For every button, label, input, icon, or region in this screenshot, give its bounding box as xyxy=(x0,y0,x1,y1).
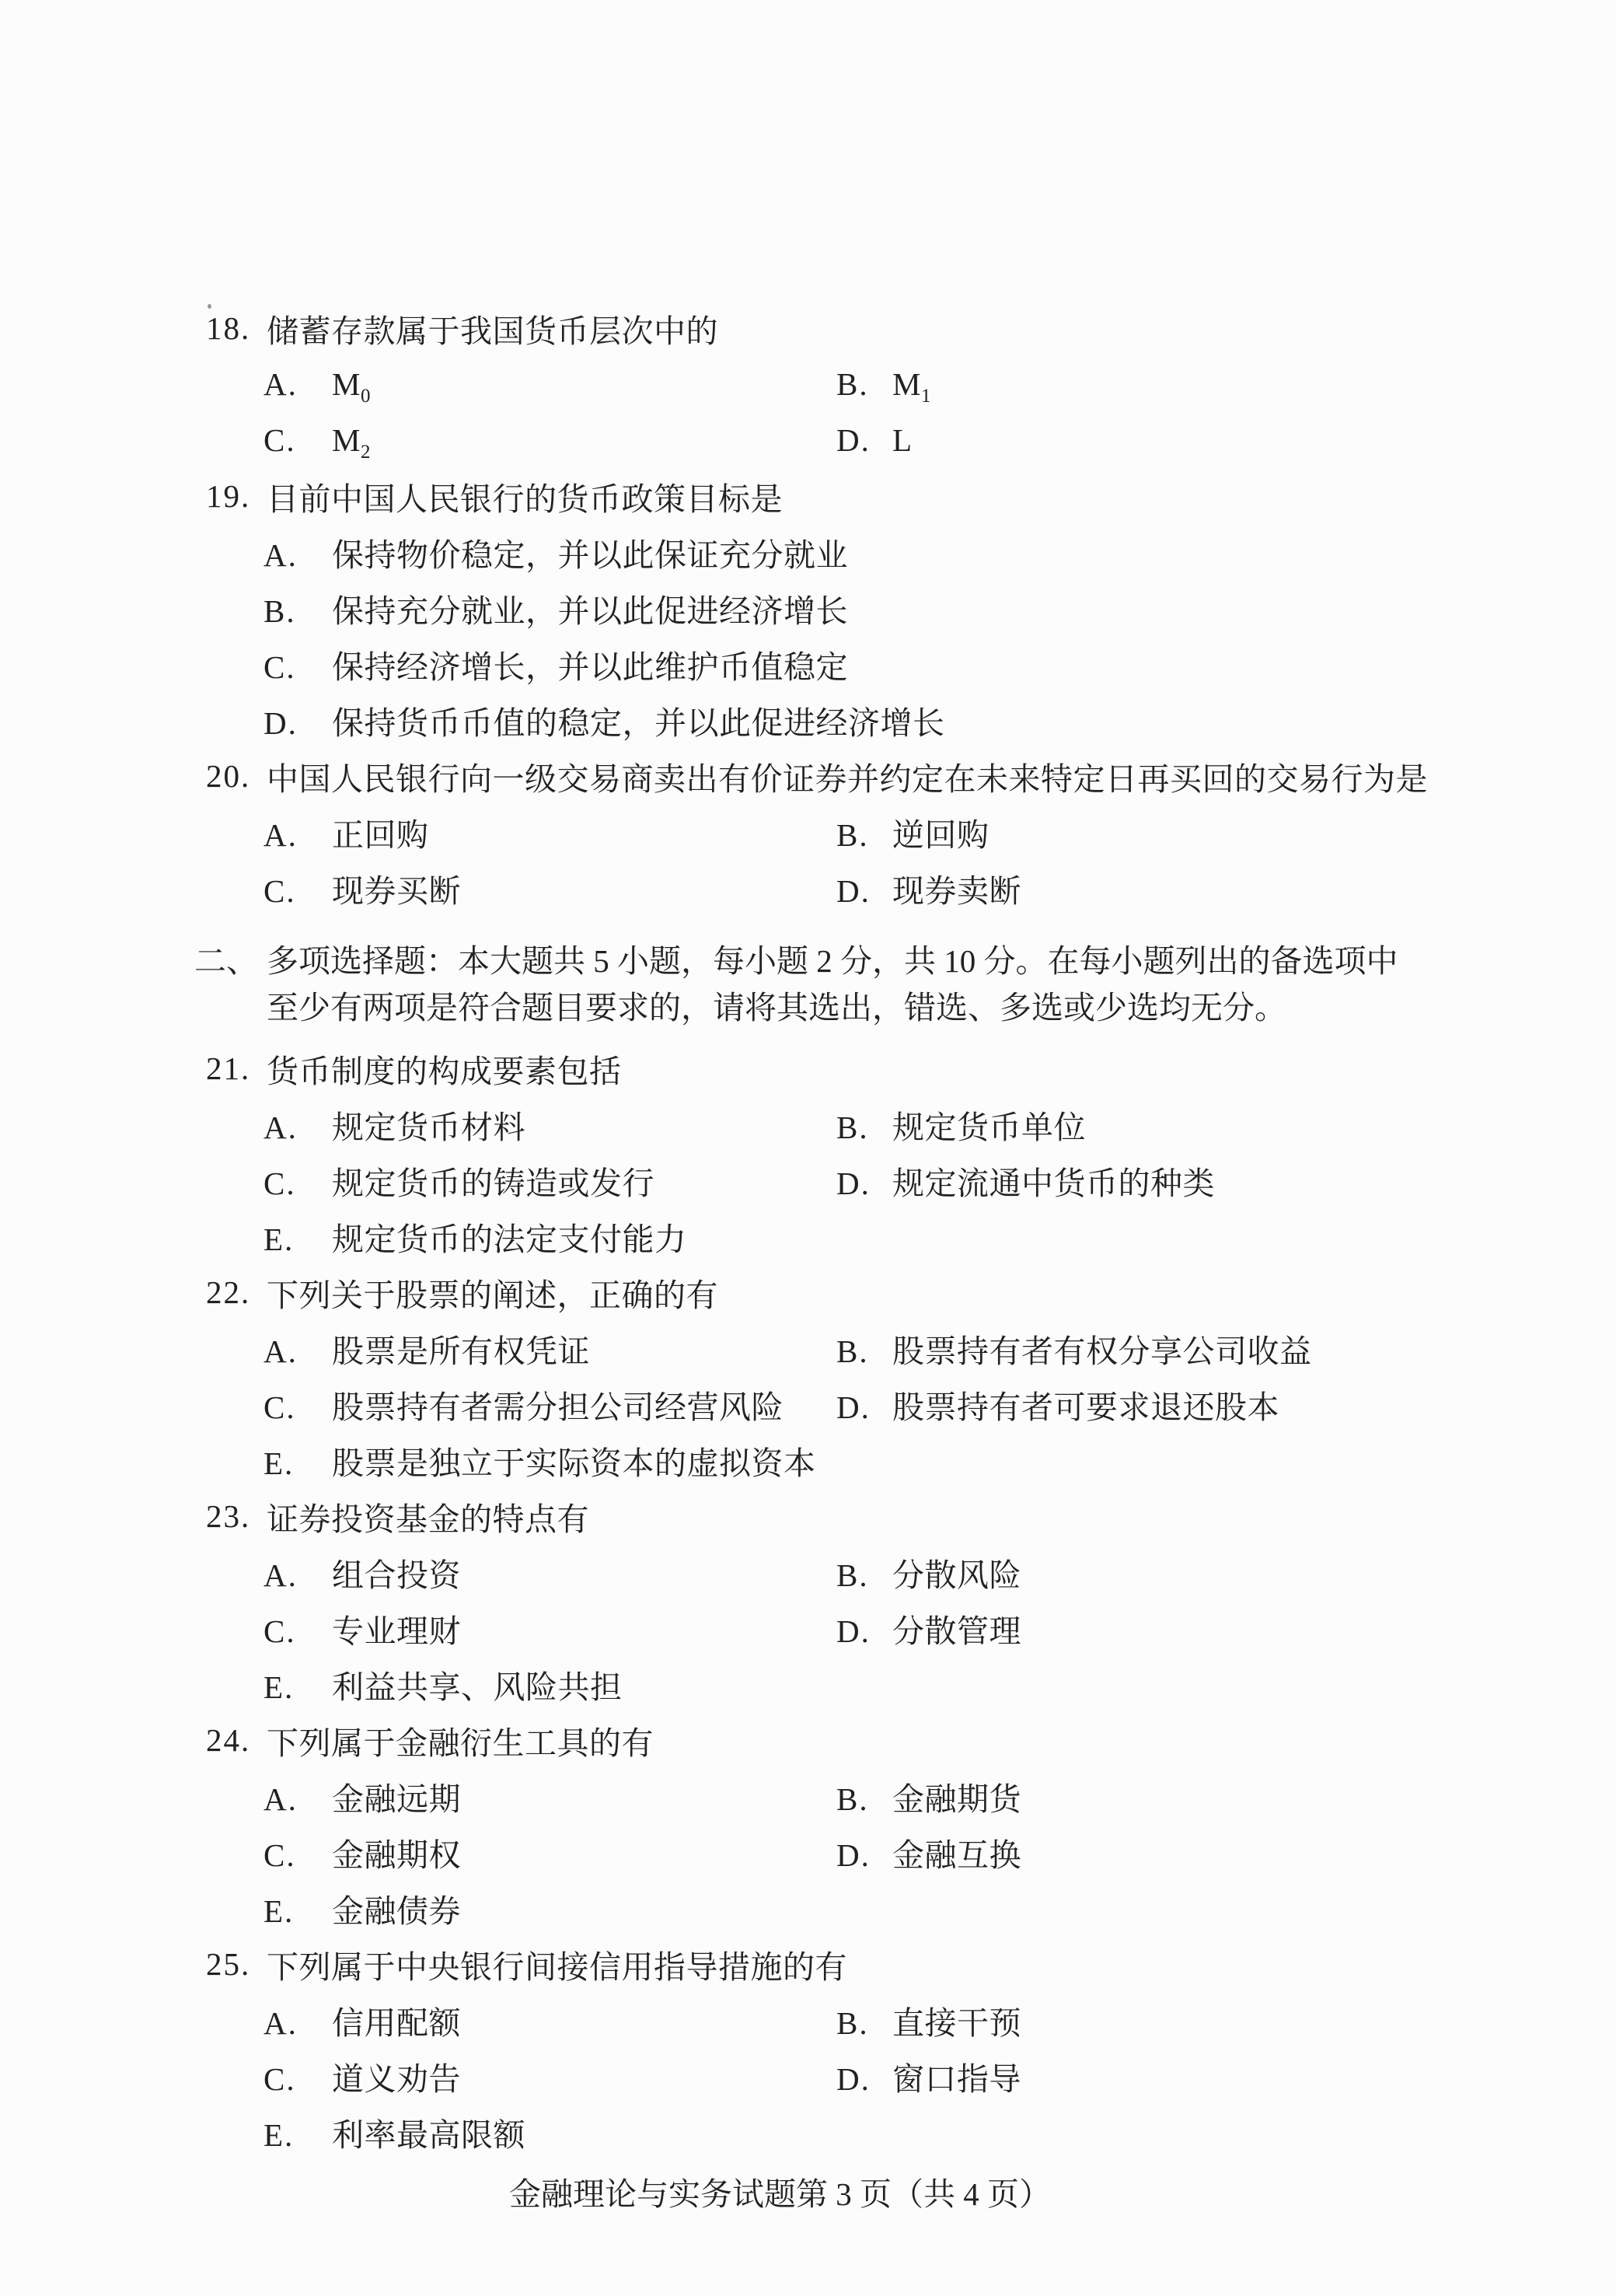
question-title: 下列属于中央银行间接信用指导措施的有 xyxy=(267,1941,847,1987)
option-e: E.规定货币的法定支付能力 xyxy=(264,1214,687,1260)
option-letter: B. xyxy=(836,1781,892,1818)
option-row: C.规定货币的铸造或发行 D.规定流通中货币的种类 xyxy=(0,1152,1616,1208)
option-letter: D. xyxy=(836,872,892,910)
option-letter: D. xyxy=(836,421,892,459)
option-text: 利益共享、风险共担 xyxy=(332,1669,623,1705)
question-title: 储蓄存款属于我国货币层次中的 xyxy=(267,306,718,351)
option-letter: A. xyxy=(264,1781,332,1818)
question-title-line: 18.储蓄存款属于我国货币层次中的 xyxy=(0,300,1616,356)
option-row: A.股票是所有权凭证 B.股票持有者有权分享公司收益 xyxy=(0,1320,1616,1376)
option-text: 直接干预 xyxy=(892,2005,1021,2041)
question-number: 24. xyxy=(206,1721,267,1759)
option-letter: E. xyxy=(264,1221,332,1258)
option-letter: C. xyxy=(264,2060,332,2098)
option-d: D.L xyxy=(836,421,913,459)
question-title-line: 22.下列关于股票的阐述，正确的有 xyxy=(0,1264,1616,1320)
option-a: A.正回购 xyxy=(264,809,836,855)
option-e: E.利益共享、风险共担 xyxy=(264,1662,623,1707)
section-marker: 二、 xyxy=(194,938,267,984)
option-b: B.分散风险 xyxy=(836,1550,1021,1595)
option-text: 股票是所有权凭证 xyxy=(332,1333,590,1369)
question-number: 23. xyxy=(206,1497,267,1535)
option-b: B.金融期货 xyxy=(836,1774,1021,1819)
option-letter: E. xyxy=(264,1445,332,1482)
question-title: 中国人民银行向一级交易商卖出有价证券并约定在未来特定日再买回的交易行为是 xyxy=(267,753,1428,799)
option-text: 现券买断 xyxy=(332,873,461,909)
question-title: 下列属于金融衍生工具的有 xyxy=(267,1718,654,1763)
option-row: A.保持物价稳定，并以此保证充分就业 xyxy=(0,524,1616,580)
option-row: A.规定货币材料 B.规定货币单位 xyxy=(0,1096,1616,1152)
option-letter: C. xyxy=(264,421,332,459)
option-text: 金融互换 xyxy=(892,1837,1021,1873)
question-21: 21.货币制度的构成要素包括 A.规定货币材料 B.规定货币单位 C.规定货币的… xyxy=(0,1040,1616,1264)
option-letter: C. xyxy=(264,648,332,686)
option-text: 正回购 xyxy=(332,817,429,853)
question-title: 下列关于股票的阐述，正确的有 xyxy=(267,1270,718,1316)
option-text: 规定货币材料 xyxy=(332,1110,525,1145)
option-text: 逆回购 xyxy=(892,817,989,853)
question-number: 20. xyxy=(206,757,267,795)
option-row: A.信用配额 B.直接干预 xyxy=(0,1992,1616,2048)
option-d: D.保持货币币值的稳定，并以此促进经济增长 xyxy=(264,697,945,743)
question-title-line: 21.货币制度的构成要素包括 xyxy=(0,1040,1616,1096)
option-text: 专业理财 xyxy=(332,1613,461,1649)
option-letter: A. xyxy=(264,536,332,574)
question-title-line: 24.下列属于金融衍生工具的有 xyxy=(0,1712,1616,1768)
option-letter: A. xyxy=(264,816,332,854)
option-c: C.股票持有者需分担公司经营风险 xyxy=(264,1382,836,1428)
option-text: 金融期权 xyxy=(332,1837,461,1873)
option-row: C.保持经济增长，并以此维护币值稳定 xyxy=(0,636,1616,692)
question-20: 20.中国人民银行向一级交易商卖出有价证券并约定在未来特定日再买回的交易行为是 … xyxy=(0,748,1616,916)
option-letter: B. xyxy=(836,1557,892,1594)
option-a: A.信用配额 xyxy=(264,1997,836,2043)
option-c: C.保持经济增长，并以此维护币值稳定 xyxy=(264,641,848,687)
question-title-line: 19.目前中国人民银行的货币政策目标是 xyxy=(0,468,1616,524)
scan-artifact xyxy=(208,304,211,309)
subscript: 1 xyxy=(921,386,931,407)
option-b: B.股票持有者有权分享公司收益 xyxy=(836,1326,1312,1372)
option-letter: C. xyxy=(264,1389,332,1426)
option-letter: E. xyxy=(264,2116,332,2154)
option-d: D.现券卖断 xyxy=(836,865,1021,911)
section-header-line-1: 二、多项选择题：本大题共 5 小题，每小题 2 分，共 10 分。在每小题列出的… xyxy=(0,938,1616,984)
option-a: A.M0 xyxy=(264,365,836,403)
option-text: 组合投资 xyxy=(332,1557,461,1593)
option-letter: A. xyxy=(264,1333,332,1370)
option-text: 股票是独立于实际资本的虚拟资本 xyxy=(332,1445,816,1481)
option-letter: B. xyxy=(836,2004,892,2042)
option-c: C.M2 xyxy=(264,421,836,459)
option-row: D.保持货币币值的稳定，并以此促进经济增长 xyxy=(0,692,1616,748)
option-text: 股票持有者有权分享公司收益 xyxy=(892,1333,1312,1369)
option-text: 金融债券 xyxy=(332,1893,461,1929)
option-letter: D. xyxy=(836,1836,892,1874)
option-c: C.规定货币的铸造或发行 xyxy=(264,1158,836,1204)
option-text: 分散风险 xyxy=(892,1557,1021,1593)
option-a: A.规定货币材料 xyxy=(264,1102,836,1148)
option-row: A.正回购 B.逆回购 xyxy=(0,804,1616,860)
question-title: 目前中国人民银行的货币政策目标是 xyxy=(267,474,783,519)
option-text: 股票持有者需分担公司经营风险 xyxy=(332,1389,784,1425)
option-text: 利率最高限额 xyxy=(332,2117,525,2153)
option-a: A.组合投资 xyxy=(264,1550,836,1595)
option-text: M0 xyxy=(332,366,371,402)
section-header-line-2: 至少有两项是符合题目要求的，请将其选出，错选、多选或少选均无分。 xyxy=(0,984,1616,1031)
question-number: 22. xyxy=(206,1274,267,1311)
exam-content: 18.储蓄存款属于我国货币层次中的 A.M0 B.M1 C.M2 D.L xyxy=(0,0,1616,2217)
option-row: C.M2 D.L xyxy=(0,412,1616,468)
option-row: B.保持充分就业，并以此促进经济增长 xyxy=(0,580,1616,636)
question-title: 货币制度的构成要素包括 xyxy=(267,1046,622,1092)
option-c: C.道义劝告 xyxy=(264,2053,836,2099)
option-row: C.金融期权 D.金融互换 xyxy=(0,1824,1616,1880)
option-row: E.金融债券 xyxy=(0,1880,1616,1936)
option-row: C.股票持有者需分担公司经营风险 D.股票持有者可要求退还股本 xyxy=(0,1376,1616,1432)
option-row: A.金融远期 B.金融期货 xyxy=(0,1768,1616,1824)
option-text: M2 xyxy=(332,422,371,458)
question-number: 25. xyxy=(206,1945,267,1983)
option-letter: D. xyxy=(836,1389,892,1426)
question-title: 证券投资基金的特点有 xyxy=(267,1494,589,1539)
option-row: A.M0 B.M1 xyxy=(0,356,1616,412)
question-title-line: 20.中国人民银行向一级交易商卖出有价证券并约定在未来特定日再买回的交易行为是 xyxy=(0,748,1616,804)
subscript: 0 xyxy=(361,386,371,407)
option-letter: C. xyxy=(264,1613,332,1650)
option-row: E.利率最高限额 xyxy=(0,2104,1616,2160)
page-footer: 金融理论与实务试题第 3 页（共 4 页） xyxy=(0,2171,1616,2217)
option-letter: A. xyxy=(264,2004,332,2042)
option-text: M1 xyxy=(892,366,931,402)
option-a: A.股票是所有权凭证 xyxy=(264,1326,836,1372)
option-text: 保持货币币值的稳定，并以此促进经济增长 xyxy=(332,705,945,741)
question-title-line: 25.下列属于中央银行间接信用指导措施的有 xyxy=(0,1936,1616,1992)
option-text: 道义劝告 xyxy=(332,2061,461,2097)
option-letter: B. xyxy=(264,592,332,630)
option-text: 分散管理 xyxy=(892,1613,1021,1649)
option-letter: A. xyxy=(264,365,332,403)
option-letter: A. xyxy=(264,1109,332,1146)
option-letter: D. xyxy=(836,1165,892,1202)
option-letter: E. xyxy=(264,1892,332,1930)
option-a: A.金融远期 xyxy=(264,1774,836,1819)
option-row: E.股票是独立于实际资本的虚拟资本 xyxy=(0,1432,1616,1488)
option-b: B.M1 xyxy=(836,365,931,403)
option-d: D.金融互换 xyxy=(836,1829,1021,1875)
option-b: B.逆回购 xyxy=(836,809,989,855)
option-e: E.利率最高限额 xyxy=(264,2109,525,2155)
question-19: 19.目前中国人民银行的货币政策目标是 A.保持物价稳定，并以此保证充分就业 B… xyxy=(0,468,1616,748)
option-d: D.窗口指导 xyxy=(836,2053,1021,2099)
option-row: C.道义劝告 D.窗口指导 xyxy=(0,2048,1616,2104)
option-e: E.股票是独立于实际资本的虚拟资本 xyxy=(264,1438,816,1483)
option-letter: C. xyxy=(264,1165,332,1202)
option-text: 规定流通中货币的种类 xyxy=(892,1165,1215,1201)
option-letter: B. xyxy=(836,816,892,854)
option-text: 金融远期 xyxy=(332,1781,461,1817)
option-row: C.专业理财 D.分散管理 xyxy=(0,1600,1616,1656)
question-18: 18.储蓄存款属于我国货币层次中的 A.M0 B.M1 C.M2 D.L xyxy=(0,300,1616,468)
question-number: 21. xyxy=(206,1050,267,1087)
option-text: 规定货币的铸造或发行 xyxy=(332,1165,654,1201)
option-letter: D. xyxy=(836,2060,892,2098)
section-header-text: 多项选择题：本大题共 5 小题，每小题 2 分，共 10 分。在每小题列出的备选… xyxy=(267,938,1398,984)
option-row: C.现券买断 D.现券卖断 xyxy=(0,860,1616,916)
section-2-header: 二、多项选择题：本大题共 5 小题，每小题 2 分，共 10 分。在每小题列出的… xyxy=(0,938,1616,1031)
option-letter: B. xyxy=(836,1109,892,1146)
exam-paper-page: 18.储蓄存款属于我国货币层次中的 A.M0 B.M1 C.M2 D.L xyxy=(0,0,1616,2296)
subscript: 2 xyxy=(361,442,371,463)
option-letter: B. xyxy=(836,365,892,403)
question-number: 18. xyxy=(206,309,267,347)
question-number: 19. xyxy=(206,477,267,515)
question-22: 22.下列关于股票的阐述，正确的有 A.股票是所有权凭证 B.股票持有者有权分享… xyxy=(0,1264,1616,1488)
option-letter: D. xyxy=(836,1613,892,1650)
option-c: C.金融期权 xyxy=(264,1829,836,1875)
option-letter: C. xyxy=(264,1836,332,1874)
option-text: 金融期货 xyxy=(892,1781,1021,1817)
question-title-line: 23.证券投资基金的特点有 xyxy=(0,1488,1616,1544)
option-d: D.规定流通中货币的种类 xyxy=(836,1158,1215,1204)
option-b: B.直接干预 xyxy=(836,1997,1021,2043)
option-text: 保持经济增长，并以此维护币值稳定 xyxy=(332,649,848,685)
option-text: 信用配额 xyxy=(332,2005,461,2041)
option-d: D.分散管理 xyxy=(836,1606,1021,1651)
option-text: L xyxy=(892,422,913,458)
option-d: D.股票持有者可要求退还股本 xyxy=(836,1382,1279,1428)
option-row: E.规定货币的法定支付能力 xyxy=(0,1208,1616,1264)
question-23: 23.证券投资基金的特点有 A.组合投资 B.分散风险 C.专业理财 D.分散管… xyxy=(0,1488,1616,1712)
option-a: A.保持物价稳定，并以此保证充分就业 xyxy=(264,529,848,575)
option-letter: C. xyxy=(264,872,332,910)
option-letter: E. xyxy=(264,1669,332,1706)
question-25: 25.下列属于中央银行间接信用指导措施的有 A.信用配额 B.直接干预 C.道义… xyxy=(0,1936,1616,2160)
option-letter: D. xyxy=(264,704,332,742)
option-text: 保持物价稳定，并以此保证充分就业 xyxy=(332,537,848,573)
option-c: C.现券买断 xyxy=(264,865,836,911)
option-text: 窗口指导 xyxy=(892,2061,1021,2097)
option-text: 规定货币的法定支付能力 xyxy=(332,1221,687,1257)
option-b: B.规定货币单位 xyxy=(836,1102,1086,1148)
option-c: C.专业理财 xyxy=(264,1606,836,1651)
option-text: 现券卖断 xyxy=(892,873,1021,909)
option-text: 股票持有者可要求退还股本 xyxy=(892,1389,1279,1425)
option-e: E.金融债券 xyxy=(264,1885,461,1931)
option-text: 保持充分就业，并以此促进经济增长 xyxy=(332,593,848,629)
option-b: B.保持充分就业，并以此促进经济增长 xyxy=(264,585,848,631)
option-letter: A. xyxy=(264,1557,332,1594)
option-row: E.利益共享、风险共担 xyxy=(0,1656,1616,1712)
option-text: 规定货币单位 xyxy=(892,1110,1086,1145)
question-24: 24.下列属于金融衍生工具的有 A.金融远期 B.金融期货 C.金融期权 D.金… xyxy=(0,1712,1616,1936)
option-row: A.组合投资 B.分散风险 xyxy=(0,1544,1616,1600)
option-letter: B. xyxy=(836,1333,892,1370)
